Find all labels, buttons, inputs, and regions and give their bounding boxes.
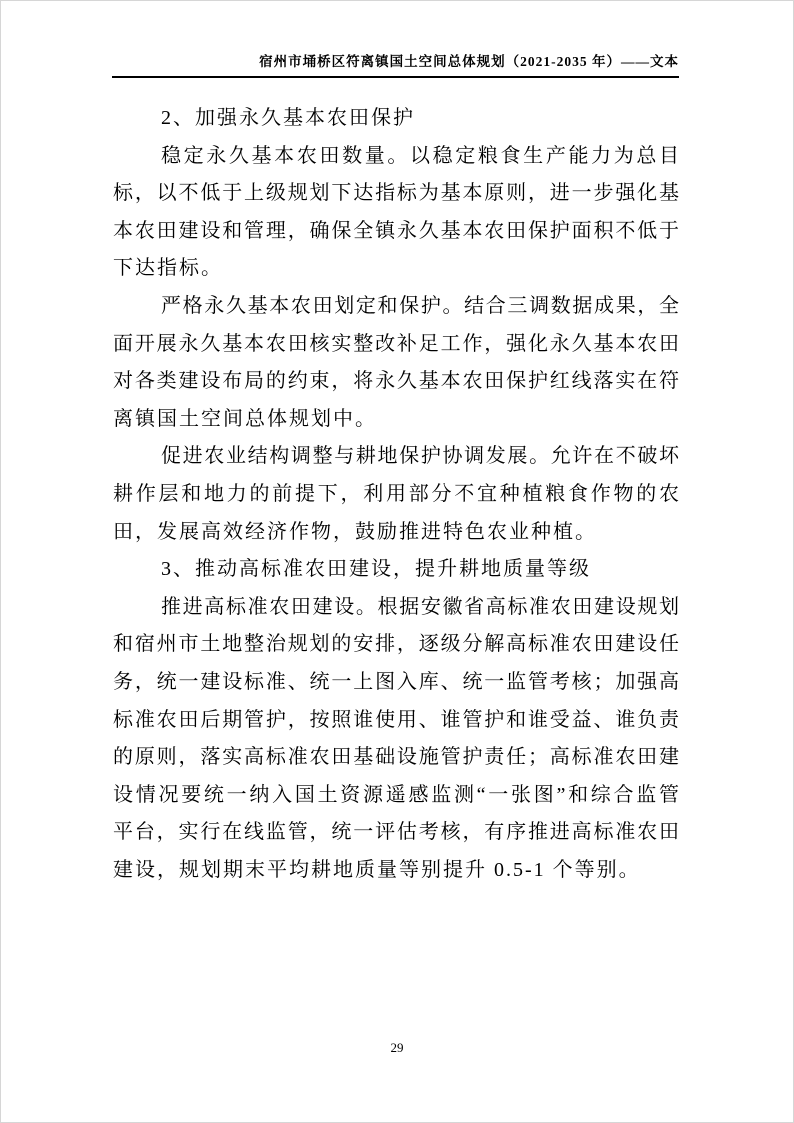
body-line: 促进农业结构调整与耕地保护协调发展。允许在不破坏 [113, 438, 679, 476]
heading-line: 2、加强永久基本农田保护 [113, 100, 679, 138]
body-line: 设情况要统一纳入国土资源遥感监测“一张图”和综合监管 [113, 777, 679, 815]
body-line: 标准农田后期管护，按照谁使用、谁管护和谁受益、谁负责 [113, 702, 679, 740]
page-number: 29 [391, 1040, 404, 1055]
header-title: 宿州市埇桥区符离镇国土空间总体规划（2021-2035 年）——文本 [259, 54, 679, 69]
document-body: 2、加强永久基本农田保护稳定永久基本农田数量。以稳定粮食生产能力为总目标，以不低… [113, 100, 679, 889]
body-line: 务，统一建设标准、统一上图入库、统一监管考核；加强高 [113, 664, 679, 702]
body-line: 稳定永久基本农田数量。以稳定粮食生产能力为总目 [113, 138, 679, 176]
body-line: 建设，规划期末平均耕地质量等别提升 0.5-1 个等别。 [113, 852, 679, 890]
body-line: 严格永久基本农田划定和保护。结合三调数据成果，全 [113, 288, 679, 326]
body-line: 推进高标准农田建设。根据安徽省高标准农田建设规划 [113, 589, 679, 627]
page-header: 宿州市埇桥区符离镇国土空间总体规划（2021-2035 年）——文本 [112, 51, 679, 78]
body-line: 面开展永久基本农田核实整改补足工作，强化永久基本农田 [113, 326, 679, 364]
body-line: 离镇国土空间总体规划中。 [113, 401, 679, 439]
body-line: 下达指标。 [113, 250, 679, 288]
body-line: 田，发展高效经济作物，鼓励推进特色农业种植。 [113, 514, 679, 552]
heading-line: 3、推动高标准农田建设，提升耕地质量等级 [113, 551, 679, 589]
body-line: 和宿州市土地整治规划的安排，逐级分解高标准农田建设任 [113, 626, 679, 664]
body-line: 平台，实行在线监管，统一评估考核，有序推进高标准农田 [113, 814, 679, 852]
body-line: 本农田建设和管理，确保全镇永久基本农田保护面积不低于 [113, 213, 679, 251]
body-line: 耕作层和地力的前提下，利用部分不宜种植粮食作物的农 [113, 476, 679, 514]
body-line: 的原则，落实高标准农田基础设施管护责任；高标准农田建 [113, 739, 679, 777]
body-line: 标，以不低于上级规划下达指标为基本原则，进一步强化基 [113, 175, 679, 213]
page-footer: 29 [1, 1039, 793, 1057]
document-page: 宿州市埇桥区符离镇国土空间总体规划（2021-2035 年）——文本 2、加强永… [0, 0, 794, 1123]
body-line: 对各类建设布局的约束，将永久基本农田保护红线落实在符 [113, 363, 679, 401]
